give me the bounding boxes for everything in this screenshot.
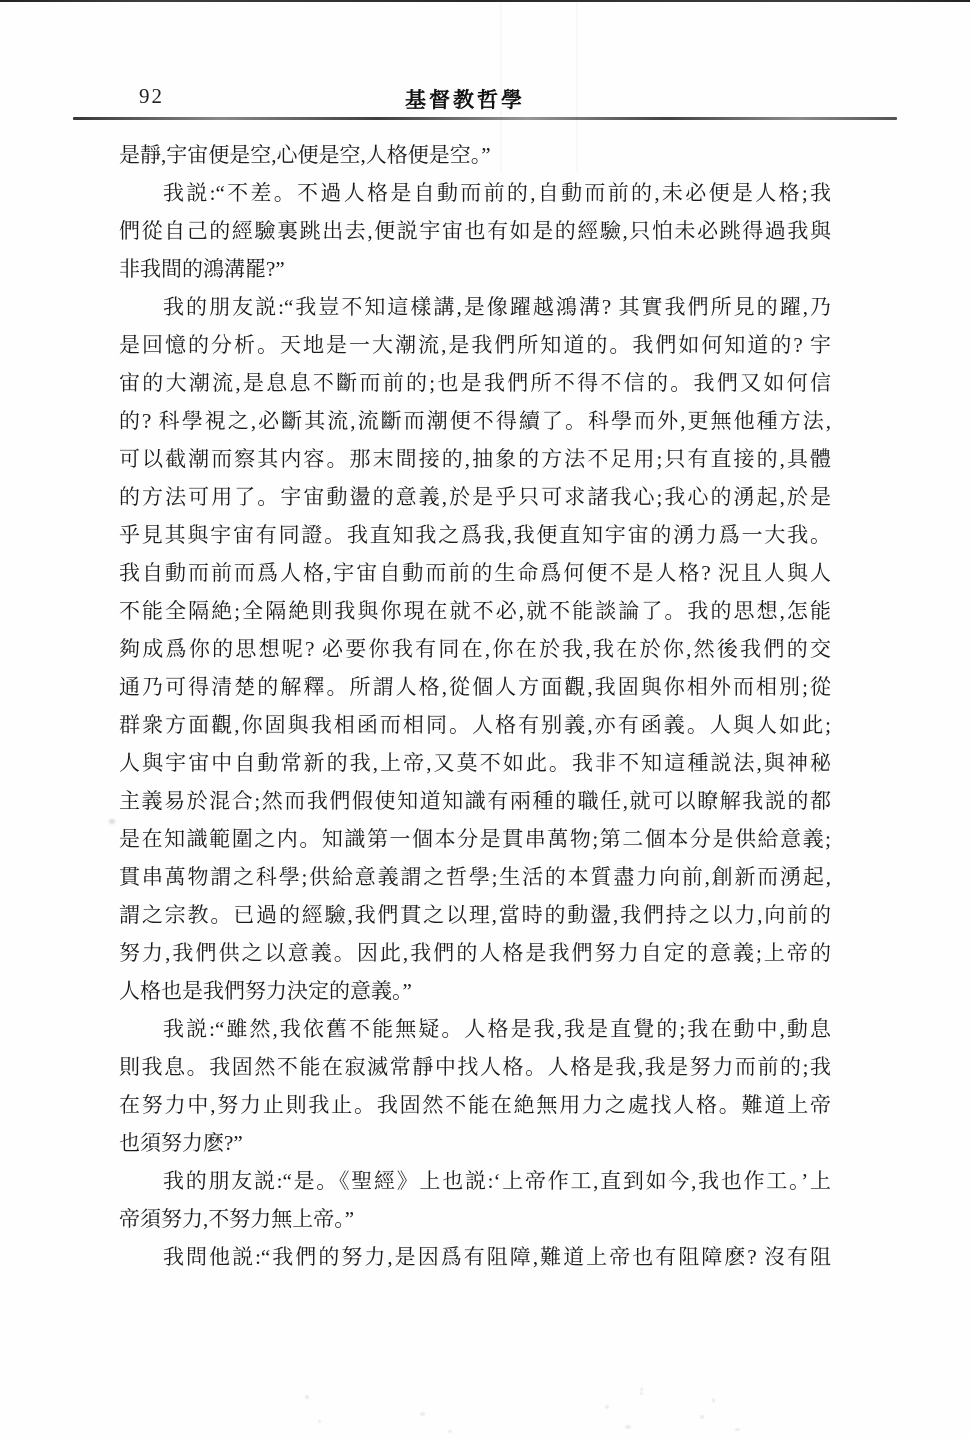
text-line: 是回憶的分析。天地是一大潮流,是我們所知道的。我們如何知道的? 宇 bbox=[119, 326, 831, 364]
scanned-book-page: 92 基督教哲學 是靜,宇宙便是空,心便是空,人格便是空。” 我説:“不差。不過… bbox=[0, 0, 970, 1439]
scan-speck bbox=[735, 1428, 740, 1431]
text-line: 乎見其與宇宙有同證。我直知我之爲我,我便直知宇宙的湧力爲一大我。 bbox=[119, 516, 831, 554]
text-line: 我問他説:“我們的努力,是因爲有阻障,難道上帝也有阻障麽? 沒有阻 bbox=[119, 1238, 831, 1276]
text-line: 非我間的鴻溝罷?” bbox=[119, 250, 831, 288]
scan-speck bbox=[305, 1395, 309, 1399]
text-line: 我的朋友説:“是。《聖經》上也説:‘上帝作工,直到如今,我也作工。’上 bbox=[119, 1162, 831, 1200]
text-line: 則我息。我固然不能在寂滅常靜中找人格。人格是我,我是努力而前的;我 bbox=[119, 1048, 831, 1086]
scan-speck bbox=[420, 1412, 425, 1416]
header-rule bbox=[73, 117, 897, 120]
text-line: 是靜,宇宙便是空,心便是空,人格便是空。” bbox=[119, 136, 831, 174]
text-line: 人與宇宙中自動常新的我,上帝,又莫不如此。我非不知這種説法,與神秘 bbox=[119, 744, 831, 782]
text-line: 人格也是我們努力決定的意義。” bbox=[119, 972, 831, 1010]
text-line: 們從自己的經驗裏跳出去,便説宇宙也有如是的經驗,只怕未必跳得過我與 bbox=[119, 212, 831, 250]
text-line: 的方法可用了。宇宙動盪的意義,於是乎只可求諸我心;我心的湧起,於是 bbox=[119, 478, 831, 516]
running-title: 基督教哲學 bbox=[0, 84, 930, 114]
text-line: 也須努力麽?” bbox=[119, 1124, 831, 1162]
scan-speck bbox=[700, 1415, 704, 1419]
text-line: 夠成爲你的思想呢? 必要你我有同在,你在於我,我在於你,然後我們的交 bbox=[119, 630, 831, 668]
text-line: 我的朋友説:“我豈不知這樣講,是像躍越鴻溝? 其實我們所見的躍,乃 bbox=[119, 288, 831, 326]
text-line: 努力,我們供之以意義。因此,我們的人格是我們努力自定的意義;上帝的 bbox=[119, 934, 831, 972]
scan-speck bbox=[640, 1388, 643, 1391]
text-line: 在努力中,努力止則我止。我固然不能在絶無用力之處找人格。難道上帝 bbox=[119, 1086, 831, 1124]
text-line: 我説:“雖然,我依舊不能無疑。人格是我,我是直覺的;我在動中,動息 bbox=[119, 1010, 831, 1048]
text-line: 群衆方面觀,你固與我相函而相同。人格有别義,亦有函義。人與人如此; bbox=[119, 706, 831, 744]
text-line: 貫串萬物謂之科學;供給意義謂之哲學;生活的本質盡力向前,創新而湧起, bbox=[119, 858, 831, 896]
text-line: 可以截潮而察其内容。那末間接的,抽象的方法不足用;只有直接的,具體 bbox=[119, 440, 831, 478]
text-line: 我自動而前而爲人格,宇宙自動而前的生命爲何便不是人格? 況且人與人 bbox=[119, 554, 831, 592]
scan-speck bbox=[605, 1405, 609, 1409]
scan-speck bbox=[109, 819, 115, 824]
text-line: 主義易於混合;然而我們假使知道知識有兩種的職任,就可以瞭解我説的都 bbox=[119, 782, 831, 820]
page-header: 92 基督教哲學 bbox=[0, 84, 970, 110]
scan-speck bbox=[640, 1392, 643, 1395]
scan-speck bbox=[448, 1430, 452, 1433]
text-line: 我説:“不差。不過人格是自動而前的,自動而前的,未必便是人格;我 bbox=[119, 174, 831, 212]
scan-speck bbox=[625, 1425, 631, 1429]
scan-edge-artifact bbox=[0, 0, 970, 2]
text-line: 是在知識範圍之内。知識第一個本分是貫串萬物;第二個本分是供給意義; bbox=[119, 820, 831, 858]
scan-speck bbox=[712, 1398, 715, 1403]
text-line: 的? 科學視之,必斷其流,流斷而潮便不得續了。科學而外,更無他種方法, bbox=[119, 402, 831, 440]
body-text: 是靜,宇宙便是空,心便是空,人格便是空。” 我説:“不差。不過人格是自動而前的,… bbox=[119, 136, 831, 1276]
text-line: 不能全隔絶;全隔絶則我與你現在就不必,就不能談論了。我的思想,怎能 bbox=[119, 592, 831, 630]
text-line: 通乃可得清楚的解釋。所謂人格,從個人方面觀,我固與你相外而相別;從 bbox=[119, 668, 831, 706]
text-line: 帝須努力,不努力無上帝。” bbox=[119, 1200, 831, 1238]
text-line: 宙的大潮流,是息息不斷而前的;也是我們所不得不信的。我們又如何信 bbox=[119, 364, 831, 402]
text-line: 謂之宗教。已過的經驗,我們貫之以理,當時的動盪,我們持之以力,向前的 bbox=[119, 896, 831, 934]
scan-speck bbox=[318, 1420, 321, 1423]
